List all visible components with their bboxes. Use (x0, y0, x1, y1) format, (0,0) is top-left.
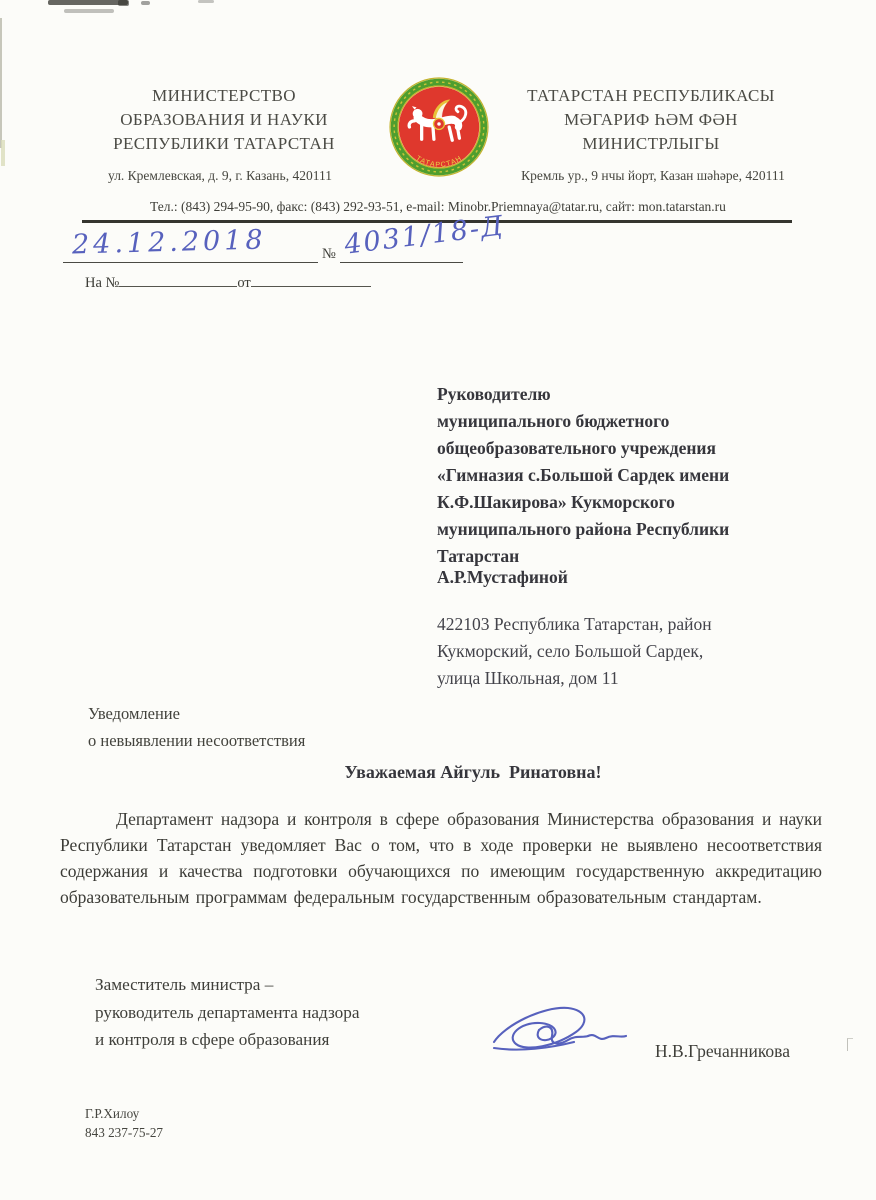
addressee-line: муниципального района Республики (437, 516, 835, 543)
ministry-name-ru-line: ОБРАЗОВАНИЯ И НАУКИ (78, 108, 370, 132)
addressee-line: общеобразовательного учреждения (437, 435, 835, 462)
signer-position-line: Заместитель министра – (95, 971, 359, 999)
scan-artifact (847, 1038, 853, 1051)
scan-artifact (48, 0, 128, 5)
executor-block: Г.Р.Хилоу 843 237-75-27 (85, 1104, 163, 1142)
ministry-name-ru: МИНИСТЕРСТВО ОБРАЗОВАНИЯ И НАУКИ РЕСПУБЛ… (78, 84, 370, 156)
letter-body-paragraph: Департамент надзора и контроля в сфере о… (60, 807, 822, 911)
reply-number-blank (119, 272, 237, 287)
scan-artifact (141, 1, 150, 5)
subject-line: о невыявлении несоответствия (88, 727, 305, 754)
addressee-postal-address: 422103 Республика Татарстан, район Кукмо… (437, 611, 835, 692)
number-sign: № (322, 246, 336, 263)
executor-name: Г.Р.Хилоу (85, 1104, 163, 1123)
scan-artifact (118, 0, 129, 6)
signer-position-line: и контроля в сфере образования (95, 1026, 359, 1054)
addressee-line: «Гимназия с.Большой Сардек имени (437, 462, 835, 489)
ministry-name-tt-line: ТАТАРСТАН РЕСПУБЛИКАСЫ (498, 84, 804, 108)
ministry-address-ru: ул. Кремлевская, д. 9, г. Казань, 420111 (70, 168, 370, 184)
addressee-line: муниципального бюджетного (437, 408, 835, 435)
ministry-name-tt: ТАТАРСТАН РЕСПУБЛИКАСЫ МӘГАРИФ ҺӘМ ФӘН М… (498, 84, 804, 156)
signer-position-line: руководитель департамента надзора (95, 999, 359, 1027)
addressee-name: А.Р.Мустафиной (437, 567, 568, 588)
addressee-address-line: 422103 Республика Татарстан, район (437, 611, 835, 638)
reply-prefix-label: На № (85, 275, 119, 291)
addressee-line: Татарстан (437, 543, 835, 570)
addressee-line: Руководителю (437, 381, 835, 408)
handwritten-date: 24.12.2018 (72, 224, 267, 260)
signer-position-block: Заместитель министра – руководитель депа… (95, 971, 359, 1054)
ministry-name-tt-line: МИНИСТРЛЫГЫ (498, 132, 804, 156)
scan-artifact (198, 0, 214, 3)
addressee-address-line: Кукморский, село Большой Сардек, (437, 638, 835, 665)
scanned-letter-page: МИНИСТЕРСТВО ОБРАЗОВАНИЯ И НАУКИ РЕСПУБЛ… (0, 0, 876, 1200)
ministry-name-ru-line: РЕСПУБЛИКИ ТАТАРСТАН (78, 132, 370, 156)
contact-line: Тел.: (843) 294-95-90, факс: (843) 292-9… (0, 199, 876, 215)
addressee-address-line: улица Школьная, дом 11 (437, 665, 835, 692)
executor-phone: 843 237-75-27 (85, 1123, 163, 1142)
ministry-name-ru-line: МИНИСТЕРСТВО (78, 84, 370, 108)
scan-edge-artifact (0, 18, 2, 148)
reply-reference-row: На №от (85, 272, 371, 292)
scan-edge-artifact (1, 140, 5, 166)
signer-name: Н.В.Гречанникова (655, 1041, 790, 1062)
salutation: Уважаемая Айгуль Ринатовна! (0, 762, 876, 783)
scan-artifact (64, 9, 114, 13)
tatarstan-coat-of-arms-icon: ТАТАРСТАН (388, 76, 490, 178)
reply-from-label: от (237, 275, 250, 291)
addressee-line: К.Ф.Шакирова» Кукморского (437, 489, 835, 516)
ministry-address-tt: Кремль ур., 9 нчы йорт, Казан шәһәре, 42… (488, 168, 818, 184)
subject-block: Уведомление о невыявлении несоответствия (88, 700, 305, 754)
reply-date-blank (251, 272, 371, 287)
handwritten-signature (490, 996, 630, 1068)
subject-line: Уведомление (88, 700, 305, 727)
addressee-block: Руководителю муниципального бюджетного о… (437, 381, 835, 570)
ministry-name-tt-line: МӘГАРИФ ҺӘМ ФӘН (498, 108, 804, 132)
